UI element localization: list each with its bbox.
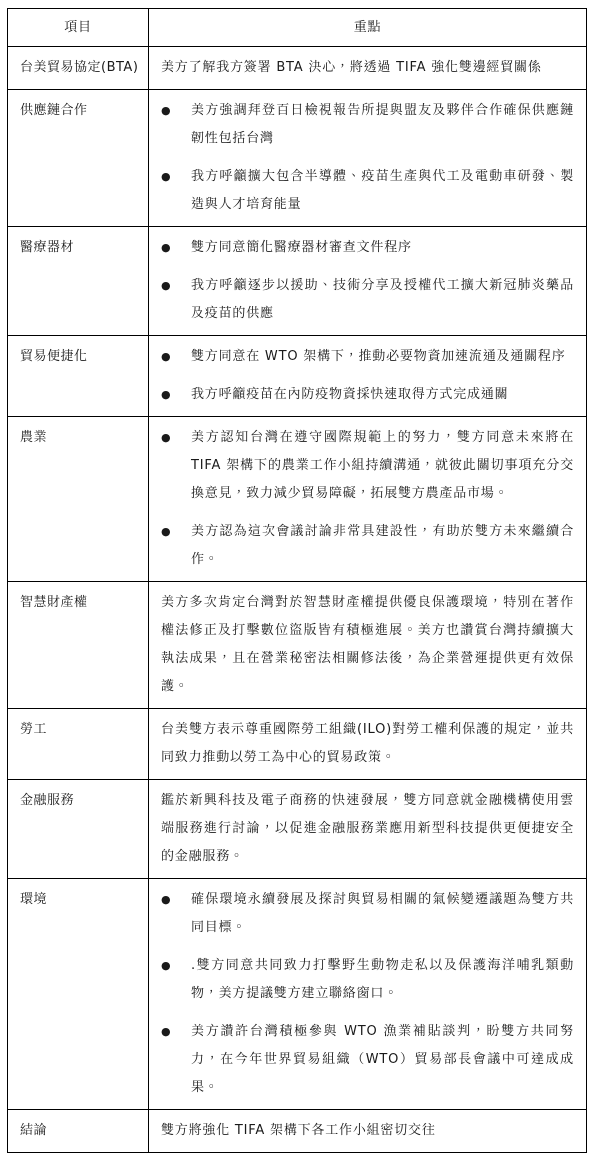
trade-summary-table: 項目 重點 台美貿易協定(BTA)美方了解我方簽署 BTA 決心，將透過 TIF… (7, 8, 587, 1153)
bullet-icon: ● (161, 381, 191, 409)
bullet-list-item: ●美方認知台灣在遵守國際規範上的努力，雙方同意未來將在 TIFA 架構下的農業工… (161, 424, 574, 508)
item-cell: 金融服務 (8, 780, 149, 879)
table-row: 醫療器材●雙方同意簡化醫療器材審查文件程序●我方呼籲逐步以援助、技術分享及授權代… (8, 227, 587, 336)
table-row: 結論雙方將強化 TIFA 架構下各工作小組密切交往 (8, 1110, 587, 1153)
content-cell: 美方了解我方簽署 BTA 決心，將透過 TIFA 強化雙邊經貿關係 (149, 47, 587, 90)
item-cell: 供應鏈合作 (8, 90, 149, 227)
bullet-list-item: ●美方讚許台灣積極參與 WTO 漁業補貼談判，盼雙方共同努力，在今年世界貿易組織… (161, 1018, 574, 1102)
paragraph-text: 雙方將強化 TIFA 架構下各工作小組密切交往 (161, 1117, 574, 1145)
paragraph-text: 美方了解我方簽署 BTA 決心，將透過 TIFA 強化雙邊經貿關係 (161, 54, 574, 82)
bullet-icon: ● (161, 518, 191, 546)
bullet-text: 美方讚許台灣積極參與 WTO 漁業補貼談判，盼雙方共同努力，在今年世界貿易組織（… (191, 1018, 574, 1102)
bullet-text: 美方強調拜登百日檢視報告所提與盟友及夥伴合作確保供應鏈韌性包括台灣 (191, 97, 574, 153)
bullet-list-item: ●我方呼籲逐步以援助、技術分享及授權代工擴大新冠肺炎藥品及疫苗的供應 (161, 272, 574, 328)
item-cell: 智慧財產權 (8, 582, 149, 709)
bullet-text: 美方認知台灣在遵守國際規範上的努力，雙方同意未來將在 TIFA 架構下的農業工作… (191, 424, 574, 508)
bullet-list-item: ●雙方同意在 WTO 架構下，推動必要物資加速流通及通關程序 (161, 343, 574, 371)
item-cell: 結論 (8, 1110, 149, 1153)
bullet-icon: ● (161, 97, 191, 125)
bullet-list-item: ●雙方同意簡化醫療器材審查文件程序 (161, 234, 574, 262)
table-body: 台美貿易協定(BTA)美方了解我方簽署 BTA 決心，將透過 TIFA 強化雙邊… (8, 47, 587, 1153)
header-row: 項目 重點 (8, 9, 587, 47)
content-cell: 鑑於新興科技及電子商務的快速發展，雙方同意就金融機構使用雲端服務進行討論，以促進… (149, 780, 587, 879)
content-cell: ●美方認知台灣在遵守國際規範上的努力，雙方同意未來將在 TIFA 架構下的農業工… (149, 417, 587, 582)
item-cell: 勞工 (8, 709, 149, 780)
bullet-list-item: ●我方呼籲擴大包含半導體、疫苗生產與代工及電動車研發、製造與人才培育能量 (161, 163, 574, 219)
item-cell: 環境 (8, 879, 149, 1110)
bullet-text: 我方呼籲逐步以援助、技術分享及授權代工擴大新冠肺炎藥品及疫苗的供應 (191, 272, 574, 328)
content-cell: ●美方強調拜登百日檢視報告所提與盟友及夥伴合作確保供應鏈韌性包括台灣●我方呼籲擴… (149, 90, 587, 227)
header-cell-item: 項目 (8, 9, 149, 47)
header-cell-keypoints: 重點 (149, 9, 587, 47)
item-cell: 台美貿易協定(BTA) (8, 47, 149, 90)
table-row: 農業●美方認知台灣在遵守國際規範上的努力，雙方同意未來將在 TIFA 架構下的農… (8, 417, 587, 582)
table-row: 環境●確保環境永續發展及探討與貿易相關的氣候變遷議題為雙方共同目標。●.雙方同意… (8, 879, 587, 1110)
bullet-text: 雙方同意簡化醫療器材審查文件程序 (191, 234, 574, 262)
item-cell: 農業 (8, 417, 149, 582)
table-row: 貿易便捷化●雙方同意在 WTO 架構下，推動必要物資加速流通及通關程序●我方呼籲… (8, 336, 587, 417)
bullet-text: 雙方同意在 WTO 架構下，推動必要物資加速流通及通關程序 (191, 343, 574, 371)
bullet-icon: ● (161, 272, 191, 300)
bullet-list-item: ●美方認為這次會議討論非常具建設性，有助於雙方未來繼續合作。 (161, 518, 574, 574)
table-row: 供應鏈合作●美方強調拜登百日檢視報告所提與盟友及夥伴合作確保供應鏈韌性包括台灣●… (8, 90, 587, 227)
content-cell: 雙方將強化 TIFA 架構下各工作小組密切交往 (149, 1110, 587, 1153)
bullet-list-item: ●美方強調拜登百日檢視報告所提與盟友及夥伴合作確保供應鏈韌性包括台灣 (161, 97, 574, 153)
item-cell: 醫療器材 (8, 227, 149, 336)
content-cell: ●雙方同意簡化醫療器材審查文件程序●我方呼籲逐步以援助、技術分享及授權代工擴大新… (149, 227, 587, 336)
bullet-text: 美方認為這次會議討論非常具建設性，有助於雙方未來繼續合作。 (191, 518, 574, 574)
bullet-icon: ● (161, 952, 191, 980)
item-cell: 貿易便捷化 (8, 336, 149, 417)
bullet-text: 我方呼籲疫苗在內防疫物資採快速取得方式完成通關 (191, 381, 574, 409)
content-cell: ●雙方同意在 WTO 架構下，推動必要物資加速流通及通關程序●我方呼籲疫苗在內防… (149, 336, 587, 417)
bullet-text: 確保環境永續發展及探討與貿易相關的氣候變遷議題為雙方共同目標。 (191, 886, 574, 942)
content-cell: ●確保環境永續發展及探討與貿易相關的氣候變遷議題為雙方共同目標。●.雙方同意共同… (149, 879, 587, 1110)
table-row: 金融服務鑑於新興科技及電子商務的快速發展，雙方同意就金融機構使用雲端服務進行討論… (8, 780, 587, 879)
content-cell: 台美雙方表示尊重國際勞工組織(ILO)對勞工權利保護的規定，並共同致力推動以勞工… (149, 709, 587, 780)
bullet-text: 我方呼籲擴大包含半導體、疫苗生產與代工及電動車研發、製造與人才培育能量 (191, 163, 574, 219)
bullet-list-item: ●.雙方同意共同致力打擊野生動物走私以及保護海洋哺乳類動物，美方提議雙方建立聯絡… (161, 952, 574, 1008)
paragraph-text: 台美雙方表示尊重國際勞工組織(ILO)對勞工權利保護的規定，並共同致力推動以勞工… (161, 716, 574, 772)
paragraph-text: 美方多次肯定台灣對於智慧財產權提供優良保護環境，特別在著作權法修正及打擊數位盜版… (161, 589, 574, 701)
bullet-icon: ● (161, 424, 191, 452)
bullet-icon: ● (161, 886, 191, 914)
bullet-icon: ● (161, 343, 191, 371)
bullet-list-item: ●確保環境永續發展及探討與貿易相關的氣候變遷議題為雙方共同目標。 (161, 886, 574, 942)
bullet-text: .雙方同意共同致力打擊野生動物走私以及保護海洋哺乳類動物，美方提議雙方建立聯絡窗… (191, 952, 574, 1008)
table-row: 勞工台美雙方表示尊重國際勞工組織(ILO)對勞工權利保護的規定，並共同致力推動以… (8, 709, 587, 780)
content-cell: 美方多次肯定台灣對於智慧財產權提供優良保護環境，特別在著作權法修正及打擊數位盜版… (149, 582, 587, 709)
bullet-list-item: ●我方呼籲疫苗在內防疫物資採快速取得方式完成通關 (161, 381, 574, 409)
bullet-icon: ● (161, 234, 191, 262)
bullet-icon: ● (161, 163, 191, 191)
bullet-icon: ● (161, 1018, 191, 1046)
table-row: 台美貿易協定(BTA)美方了解我方簽署 BTA 決心，將透過 TIFA 強化雙邊… (8, 47, 587, 90)
table-row: 智慧財產權美方多次肯定台灣對於智慧財產權提供優良保護環境，特別在著作權法修正及打… (8, 582, 587, 709)
paragraph-text: 鑑於新興科技及電子商務的快速發展，雙方同意就金融機構使用雲端服務進行討論，以促進… (161, 787, 574, 871)
